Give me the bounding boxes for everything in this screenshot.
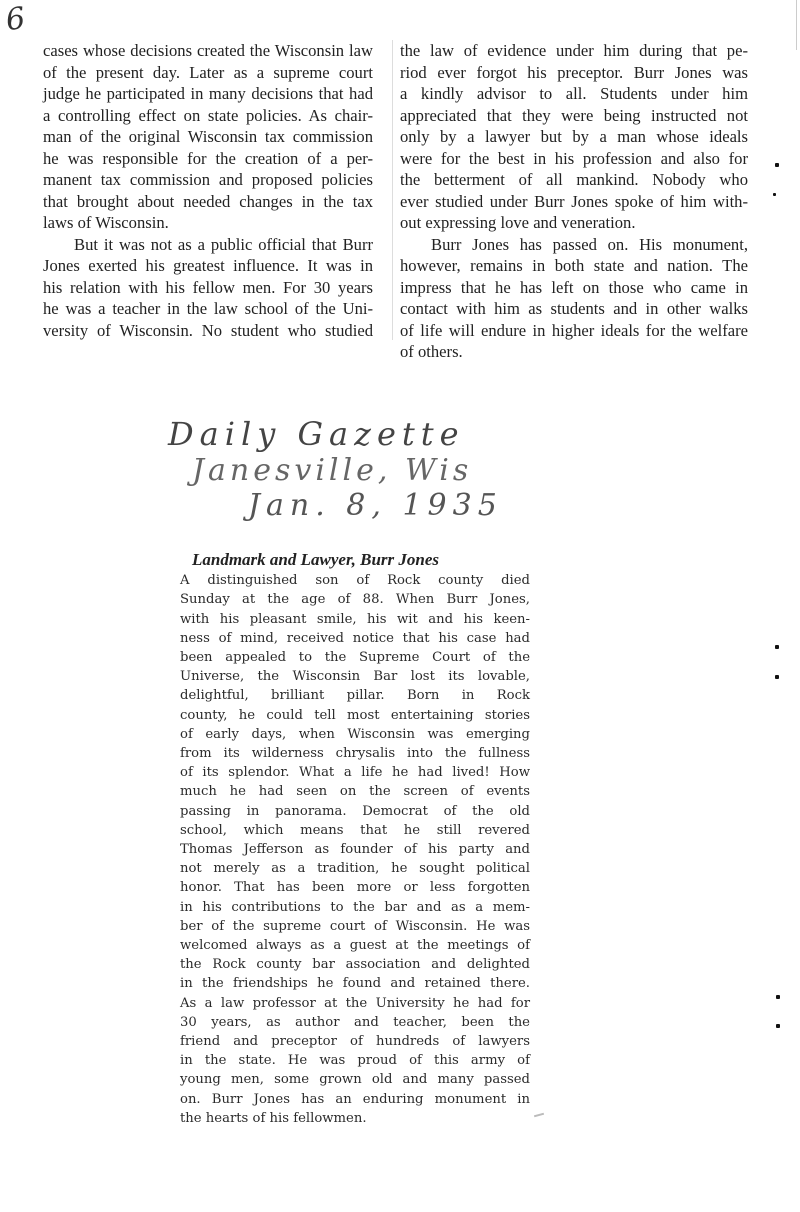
clipping-line: much he had seen on the screen of events <box>180 782 530 801</box>
text-line: he was a teacher in the law school of th… <box>43 298 373 320</box>
text-line: of others. <box>400 341 748 363</box>
text-line: appreciated that they were being instruc… <box>400 105 748 127</box>
clipping-line: of early days, when Wisconsin was emergi… <box>180 725 530 744</box>
clipping-line: 30 years, as author and teacher, been th… <box>180 1013 530 1032</box>
handwritten-publication: Daily Gazette <box>168 415 460 453</box>
clipping-line: been appealed to the Supreme Court of th… <box>180 648 530 667</box>
handwritten-date: Jan. 8, 1935 <box>248 488 460 523</box>
clipping-line: with his pleasant smile, his wit and his… <box>180 610 530 629</box>
scan-mark <box>773 193 776 196</box>
clipping-headline: Landmark and Lawyer, Burr Jones <box>192 550 530 569</box>
clipping-line: welcomed always as a guest at the meetin… <box>180 936 530 955</box>
text-line: out expressing love and veneration. <box>400 212 748 234</box>
text-line: a controlling effect on state policies. … <box>43 105 373 127</box>
text-line: contact with him as students and in othe… <box>400 298 748 320</box>
article-left-column: cases whose decisions created the Wiscon… <box>43 40 373 341</box>
article-right-column: the law of evidence under him during tha… <box>400 40 748 363</box>
text-line: of life will endure in higher ideals for… <box>400 320 748 342</box>
text-line: that brought about needed changes in the… <box>43 191 373 213</box>
scan-smudge <box>534 1113 544 1118</box>
clipping-line: delightful, brilliant pillar. Born in Ro… <box>180 686 530 705</box>
clipping-line: passing in panorama. Democrat of the old <box>180 802 530 821</box>
scan-mark <box>776 995 780 999</box>
clipping-line: young men, some grown old and many passe… <box>180 1070 530 1089</box>
text-line: were for the best in his profession and … <box>400 148 748 170</box>
clipping-line: in his contributions to the bar and as a… <box>180 898 530 917</box>
text-line: the betterment of all mankind. Nobody wh… <box>400 169 748 191</box>
text-line: he was responsible for the creation of a… <box>43 148 373 170</box>
clipping-line: honor. That has been more or less forgot… <box>180 878 530 897</box>
handwritten-city: Janesville, Wis <box>192 453 460 488</box>
clipping-line: in the friendships he found and retained… <box>180 974 530 993</box>
clipping-line: the Rock county bar association and deli… <box>180 955 530 974</box>
clipping-line: ber of the supreme court of Wisconsin. H… <box>180 917 530 936</box>
text-line: manent tax commission and proposed polic… <box>43 169 373 191</box>
text-line: laws of Wisconsin. <box>43 212 373 234</box>
clipping-line: ness of mind, received notice that his c… <box>180 629 530 648</box>
clipping-line: on. Burr Jones has an enduring monument … <box>180 1090 530 1109</box>
clipping-line: not merely as a tradition, he sought pol… <box>180 859 530 878</box>
text-line: Burr Jones has passed on. His monument, <box>400 234 748 256</box>
text-line: impress that he has left on those who ca… <box>400 277 748 299</box>
clipping-line: in the state. He was proud of this army … <box>180 1051 530 1070</box>
text-line: of the present day. Later as a supreme c… <box>43 62 373 84</box>
column-divider <box>392 40 393 340</box>
text-line: judge he participated in many decisions … <box>43 83 373 105</box>
text-line: only by a lawyer but by a man whose idea… <box>400 126 748 148</box>
clipping-line: county, he could tell most entertaining … <box>180 706 530 725</box>
text-line: man of the original Wisconsin tax commis… <box>43 126 373 148</box>
newspaper-clipping: Landmark and Lawyer, Burr Jones A distin… <box>180 550 530 1128</box>
text-line: a kindly advisor to all. Students under … <box>400 83 748 105</box>
clipping-line: Sunday at the age of 88. When Burr Jones… <box>180 590 530 609</box>
clipping-line: school, which means that he still revere… <box>180 821 530 840</box>
clipping-line: Thomas Jefferson as founder of his party… <box>180 840 530 859</box>
clipping-line: Universe, the Wisconsin Bar lost its lov… <box>180 667 530 686</box>
scan-mark <box>775 645 779 649</box>
clipping-line: the hearts of his fellowmen. <box>180 1109 530 1128</box>
scan-edge-rule <box>796 0 797 50</box>
clipping-line: As a law professor at the University he … <box>180 994 530 1013</box>
scan-mark <box>775 163 779 167</box>
text-line: ever studied under Burr Jones spoke of h… <box>400 191 748 213</box>
scan-mark <box>775 675 779 679</box>
scan-mark <box>776 1024 780 1028</box>
handwritten-source-note: Daily Gazette Janesville, Wis Jan. 8, 19… <box>160 415 460 523</box>
clipping-line: of its splendor. What a life he had live… <box>180 763 530 782</box>
text-line: Jones exerted his greatest influence. It… <box>43 255 373 277</box>
text-line: the law of evidence under him during tha… <box>400 40 748 62</box>
clipping-line: friend and preceptor of hundreds of lawy… <box>180 1032 530 1051</box>
text-line: riod ever forgot his preceptor. Burr Jon… <box>400 62 748 84</box>
page-number: 6 <box>4 1 28 38</box>
text-line: however, remains in both state and natio… <box>400 255 748 277</box>
text-line: But it was not as a public official that… <box>43 234 373 256</box>
text-line: cases whose decisions created the Wiscon… <box>43 40 373 62</box>
text-line: versity of Wisconsin. No student who stu… <box>43 320 373 342</box>
clipping-line: from its wilderness chrysalis into the f… <box>180 744 530 763</box>
clipping-line: A distinguished son of Rock county died <box>180 571 530 590</box>
text-line: his relation with his fellow men. For 30… <box>43 277 373 299</box>
